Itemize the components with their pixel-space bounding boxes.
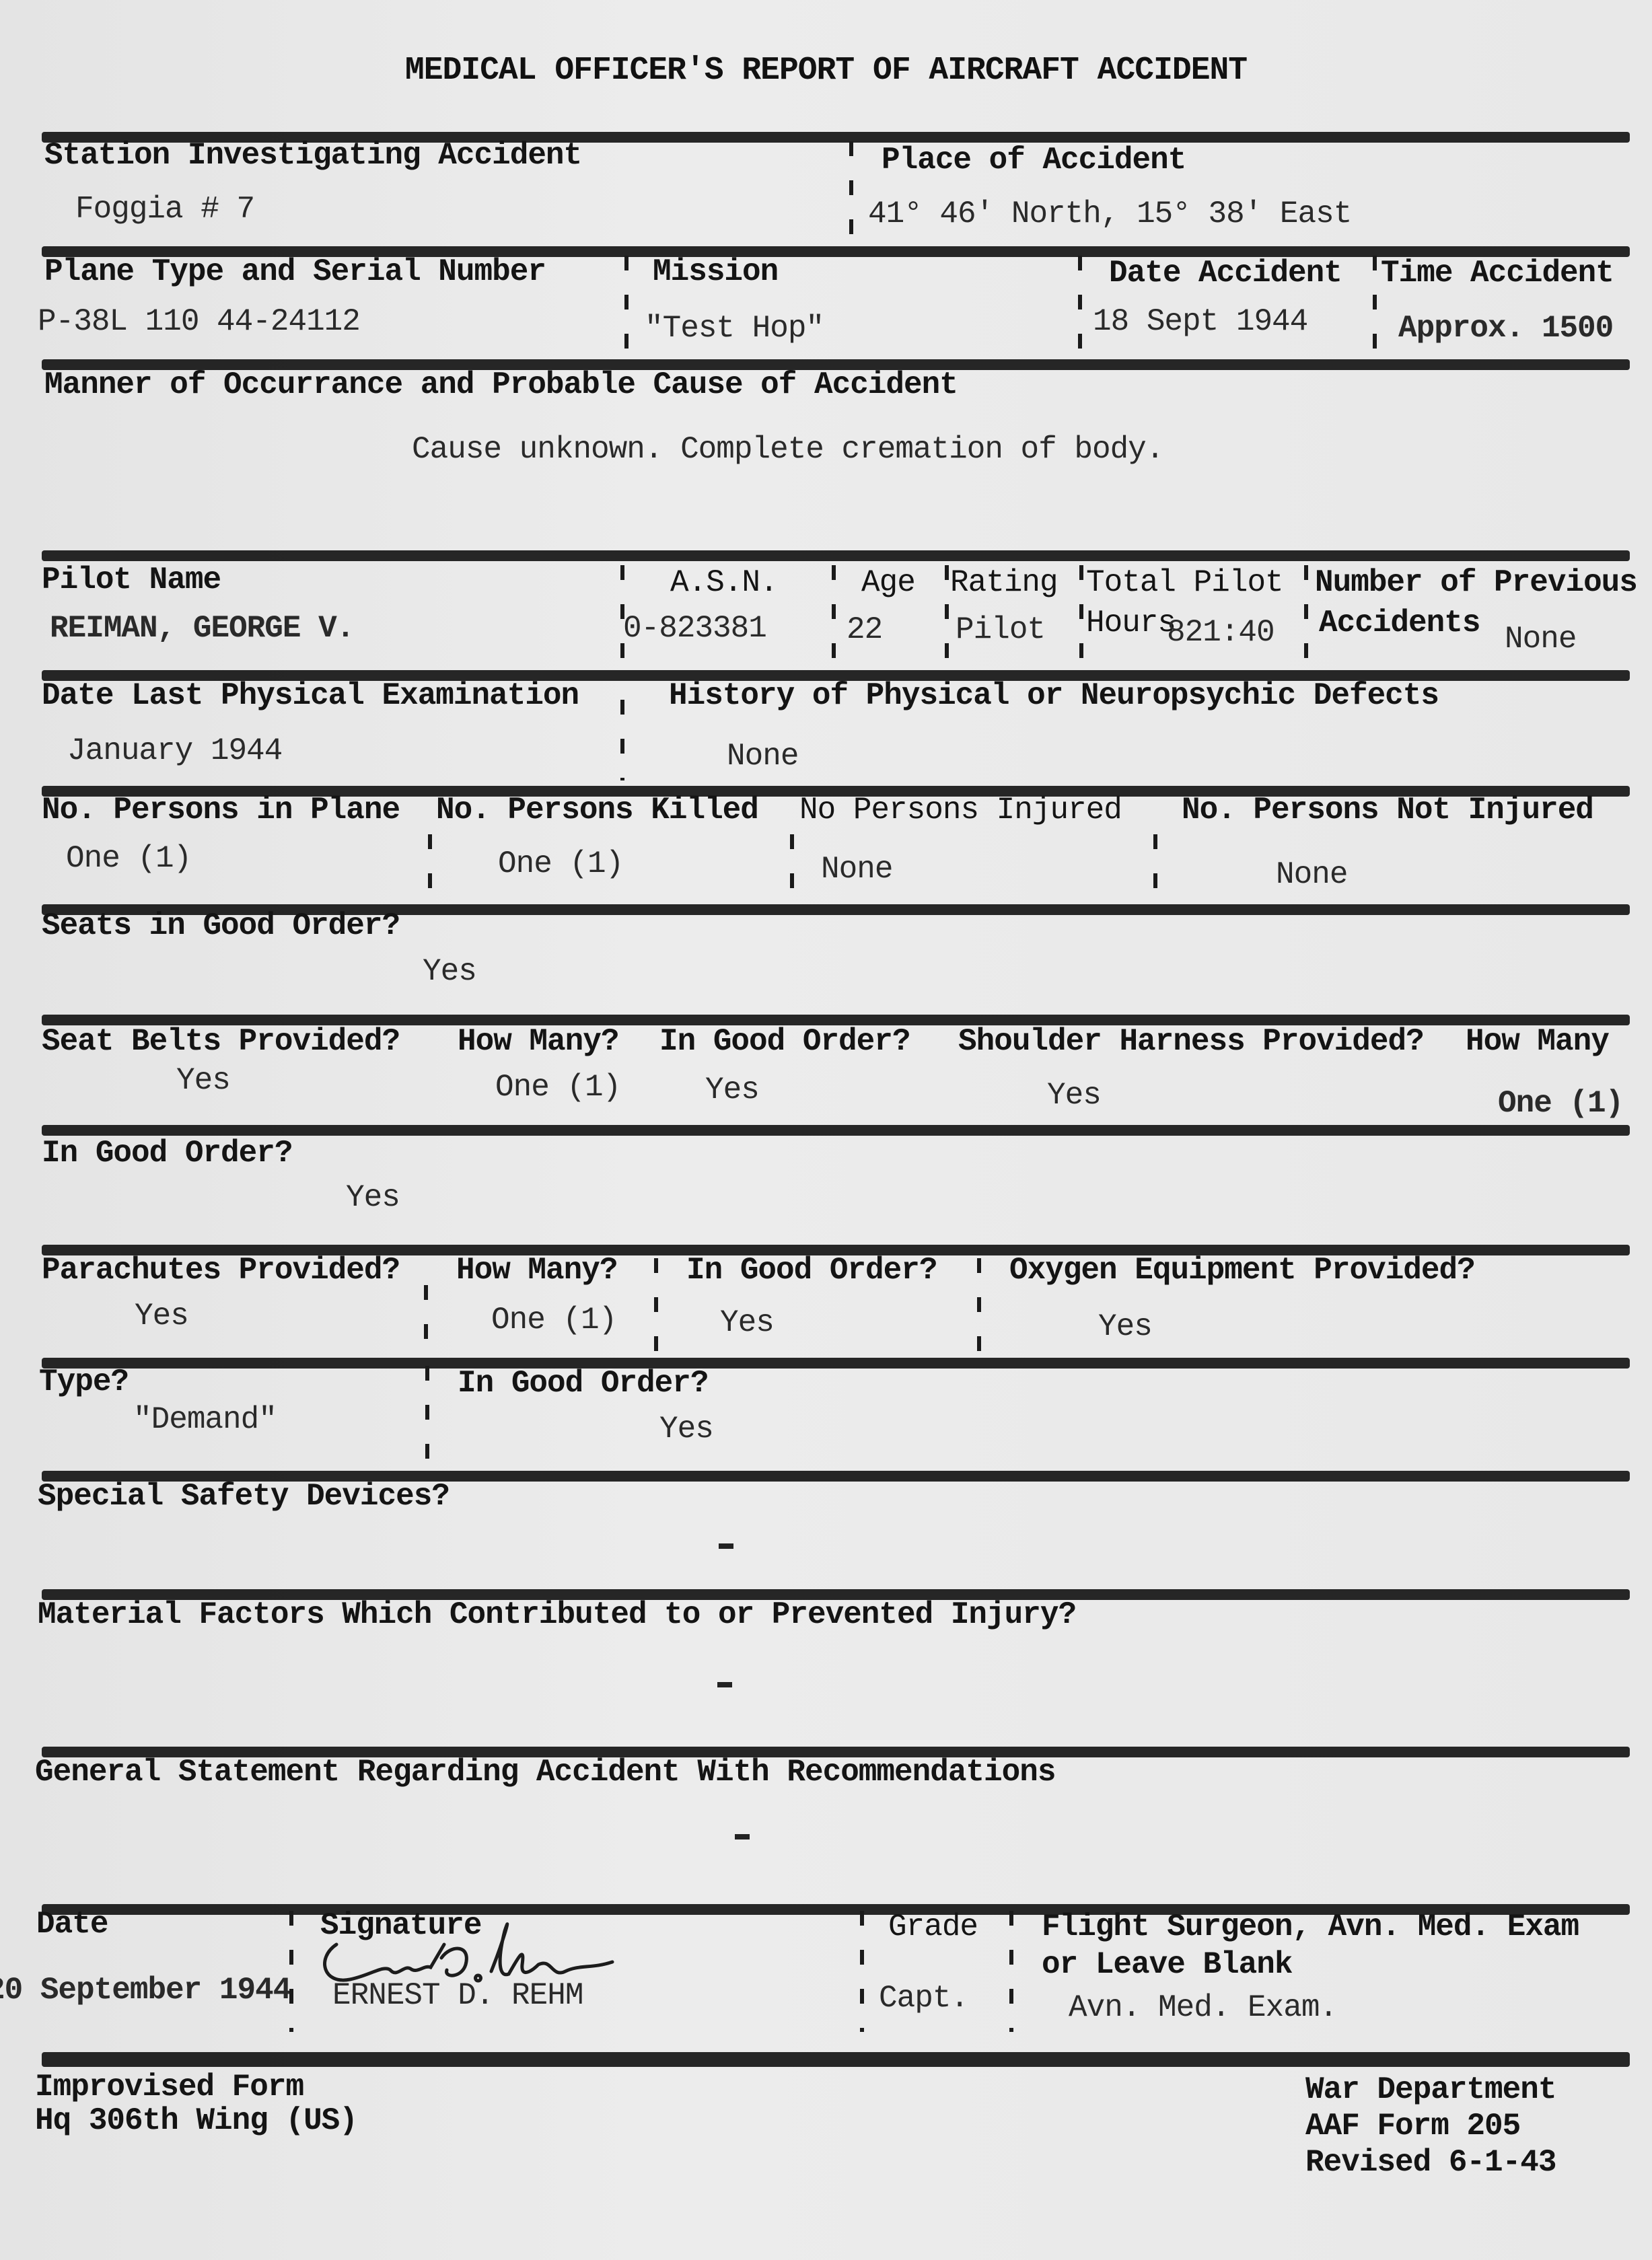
history-value: None [727, 739, 798, 774]
flight-surgeon-label-2: or Leave Blank [1042, 1947, 1292, 1982]
previous-accidents-label: Number of Previous [1315, 565, 1637, 600]
safety-devices-label: Special Safety Devices? [38, 1479, 450, 1514]
persons-injured-label: No Persons Injured [799, 793, 1122, 828]
footer-improvised-form: Improvised Form [35, 2070, 303, 2105]
parachutes-label: Parachutes Provided? [42, 1253, 400, 1288]
place-value: 41° 46' North, 15° 38' East [868, 196, 1351, 231]
chutes-how-many-label: How Many? [456, 1253, 617, 1288]
column-separator [624, 256, 629, 357]
column-separator [424, 1285, 428, 1352]
column-separator [1304, 565, 1308, 666]
persons-in-plane-value: One (1) [66, 841, 191, 876]
harness-good-order-value: Yes [346, 1180, 400, 1215]
column-separator [1009, 1911, 1013, 2032]
persons-killed-value: One (1) [498, 846, 623, 881]
seat-belts-label: Seat Belts Provided? [42, 1024, 400, 1059]
seats-label: Seats in Good Order? [42, 908, 400, 943]
last-physical-label: Date Last Physical Examination [42, 678, 579, 713]
footer-revised: Revised 6-1-43 [1305, 2145, 1556, 2180]
persons-not-injured-label: No. Persons Not Injured [1182, 793, 1593, 828]
persons-injured-value: None [821, 852, 892, 887]
column-separator [620, 700, 624, 780]
oxygen-value: Yes [1098, 1309, 1152, 1344]
manner-label: Manner of Occurrance and Probable Cause … [44, 367, 958, 402]
document-page: MEDICAL OFFICER'S REPORT OF AIRCRAFT ACC… [0, 0, 1652, 2260]
date-accident-value: 18 Sept 1944 [1093, 304, 1307, 339]
column-separator [654, 1258, 658, 1352]
persons-in-plane-label: No. Persons in Plane [42, 793, 400, 828]
parachutes-value: Yes [135, 1299, 188, 1334]
column-separator [860, 1911, 864, 2032]
signature-name: ERNEST D. REHM [332, 1978, 583, 2013]
shoulder-harness-value: Yes [1047, 1078, 1101, 1113]
general-statement-value [735, 1834, 750, 1839]
column-separator [428, 834, 432, 902]
seats-value: Yes [423, 954, 476, 989]
column-separator [289, 1911, 293, 2032]
column-separator [977, 1258, 981, 1352]
belts-good-order-value: Yes [705, 1072, 759, 1107]
total-hours-value: 821:40 [1167, 615, 1274, 650]
oxygen-type-value: "Demand" [133, 1402, 277, 1437]
column-separator [1153, 834, 1157, 902]
station-label: Station Investigating Accident [44, 138, 581, 173]
previous-accidents-value: None [1505, 622, 1576, 657]
persons-killed-label: No. Persons Killed [436, 793, 758, 828]
divider [42, 1125, 1630, 1136]
total-hours-label: Total Pilot [1086, 565, 1283, 600]
previous-accidents-label-2: Accidents [1319, 606, 1480, 641]
seat-belts-value: Yes [176, 1063, 230, 1098]
mission-value: "Test Hop" [645, 311, 824, 346]
oxygen-label: Oxygen Equipment Provided? [1009, 1253, 1475, 1288]
manner-value: Cause unknown. Complete cremation of bod… [412, 432, 1163, 467]
divider [42, 2052, 1630, 2067]
column-separator [1373, 256, 1377, 357]
last-physical-value: January 1944 [67, 733, 282, 768]
chutes-good-order-label: In Good Order? [686, 1253, 937, 1288]
column-separator [945, 565, 949, 666]
flight-surgeon-value: Avn. Med. Exam. [1069, 1990, 1337, 2025]
rating-value: Pilot [956, 612, 1045, 647]
time-accident-value: Approx. 1500 [1398, 311, 1613, 346]
asn-value: 0-823381 [623, 611, 766, 646]
pilot-name-value: REIMAN, GEORGE V. [50, 611, 354, 646]
rating-label: Rating [950, 565, 1058, 600]
report-date-label: Date [36, 1907, 108, 1942]
harness-how-many-label: How Many [1466, 1024, 1609, 1059]
grade-label: Grade [888, 1909, 978, 1944]
column-separator [790, 834, 794, 902]
plane-value: P-38L 110 44-24112 [38, 304, 360, 339]
footer-war-department: War Department [1305, 2072, 1556, 2107]
column-separator [832, 565, 836, 666]
place-label: Place of Accident [882, 143, 1186, 178]
footer-hq-wing: Hq 306th Wing (US) [35, 2103, 357, 2138]
safety-devices-value [719, 1543, 733, 1549]
document-title: MEDICAL OFFICER'S REPORT OF AIRCRAFT ACC… [0, 52, 1652, 89]
column-separator [849, 141, 853, 242]
harness-good-order-label: In Good Order? [42, 1136, 292, 1171]
shoulder-harness-label: Shoulder Harness Provided? [958, 1024, 1424, 1059]
asn-label: A.S.N. [670, 565, 778, 600]
age-label: Age [861, 565, 915, 600]
grade-value: Capt. [879, 1981, 968, 2016]
column-separator [1079, 565, 1083, 666]
material-factors-value [717, 1682, 732, 1687]
station-value: Foggia # 7 [75, 192, 254, 227]
divider [42, 550, 1630, 561]
date-accident-label: Date Accident [1109, 256, 1342, 291]
belts-how-many-label: How Many? [458, 1024, 618, 1059]
general-statement-label: General Statement Regarding Accident Wit… [35, 1755, 1055, 1790]
material-factors-label: Material Factors Which Contributed to or… [38, 1597, 1076, 1632]
oxygen-good-order-value: Yes [659, 1412, 713, 1447]
divider [42, 1358, 1630, 1369]
plane-label: Plane Type and Serial Number [44, 254, 546, 289]
column-separator [425, 1366, 429, 1467]
mission-label: Mission [653, 254, 778, 289]
column-separator [1078, 256, 1082, 357]
persons-not-injured-value: None [1276, 857, 1347, 892]
belts-good-order-label: In Good Order? [659, 1024, 910, 1059]
chutes-how-many-value: One (1) [491, 1303, 616, 1338]
oxygen-good-order-label: In Good Order? [458, 1366, 708, 1401]
oxygen-type-label: Type? [39, 1364, 129, 1399]
history-label: History of Physical or Neuropsychic Defe… [669, 678, 1439, 713]
belts-how-many-value: One (1) [495, 1070, 620, 1105]
time-accident-label: Time Accident [1381, 256, 1614, 291]
harness-how-many-value: One (1) [1498, 1086, 1623, 1121]
footer-form-number: AAF Form 205 [1305, 2109, 1520, 2144]
age-value: 22 [847, 612, 882, 647]
chutes-good-order-value: Yes [720, 1305, 774, 1340]
flight-surgeon-label: Flight Surgeon, Avn. Med. Exam [1042, 1909, 1579, 1944]
pilot-name-label: Pilot Name [42, 562, 221, 597]
total-hours-label-2: Hours [1086, 606, 1176, 641]
report-date-value: 20 September 1944 [0, 1973, 291, 2008]
